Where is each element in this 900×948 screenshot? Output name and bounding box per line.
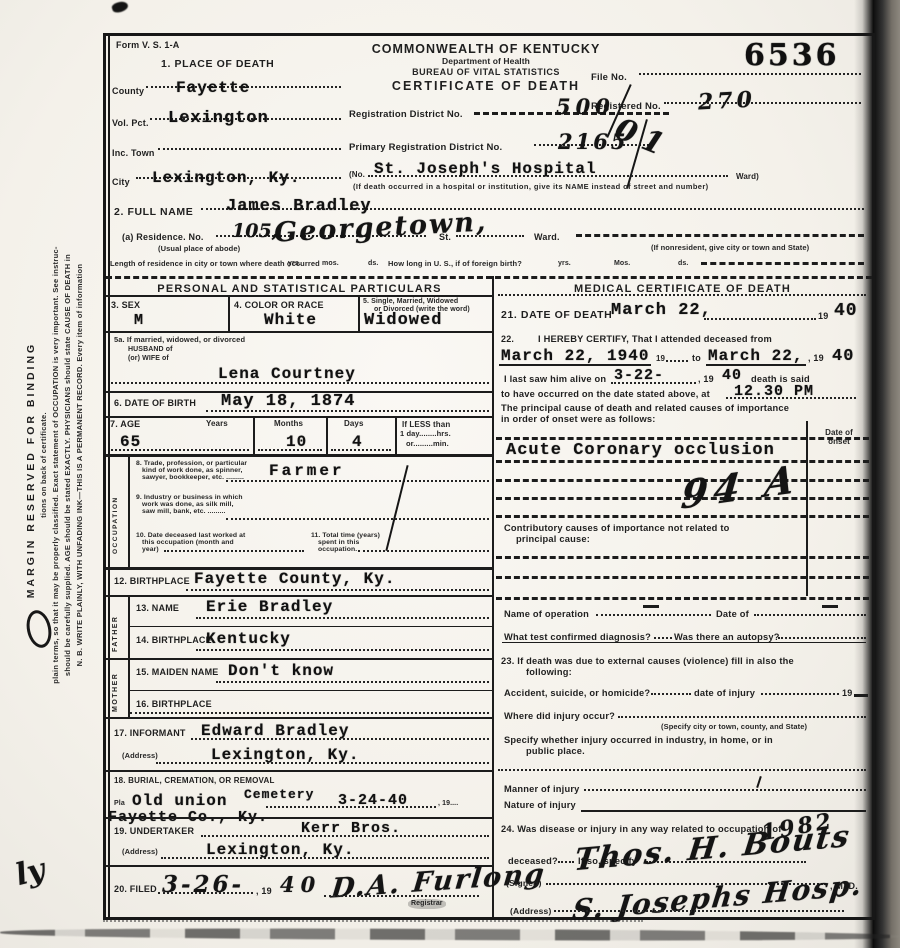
mos2-label: Mos. — [614, 260, 630, 268]
dashed-line — [496, 460, 869, 463]
where-injury-note: (Specify city or town, county, and State… — [661, 723, 807, 732]
department-line: Department of Health — [361, 57, 611, 67]
row-border — [106, 717, 493, 719]
spouse-label-1: 5a. If married, widowed, or divorced — [114, 336, 245, 345]
manner-of-injury-label: Manner of injury — [504, 784, 580, 795]
dotted-line — [611, 382, 696, 384]
burial-place-value-1: Old union — [132, 793, 227, 809]
dotted-line — [206, 410, 489, 412]
birthplace-label: 12. BIRTHPLACE — [114, 576, 190, 586]
dotted-line — [258, 449, 322, 451]
dotted-line — [111, 449, 249, 451]
no-prefix-label: (No. — [349, 170, 365, 179]
strip-border — [128, 597, 130, 659]
underline — [706, 364, 806, 366]
dashed-line — [496, 597, 869, 600]
underline — [502, 642, 866, 643]
dotted-line — [216, 681, 489, 683]
dotted-line — [554, 910, 844, 912]
vol-pct-value: Lexington — [168, 110, 269, 127]
burial-19-label: , 19.... — [438, 800, 458, 808]
physician-address-value: S. Josephs Hosp. — [571, 871, 865, 925]
dashed-line — [496, 576, 869, 579]
ward-suffix-label: Ward) — [736, 172, 759, 181]
if-less-label-1: If LESS than — [402, 420, 450, 429]
burial-place-value-2: Cemetery — [244, 788, 314, 801]
age-years-value: 65 — [120, 434, 141, 450]
specify-label-1: Specify whether injury occurred in indus… — [504, 735, 773, 746]
county-value: Fayette — [176, 80, 250, 96]
form-code: Form V. S. 1-A — [116, 40, 179, 50]
specify-label-2: public place. — [526, 746, 585, 757]
operation-label: Name of operation — [504, 609, 589, 620]
date-of-death-value: March 22, — [611, 302, 712, 319]
scan-stray-dashed-line — [103, 920, 643, 922]
informant-value: Edward Bradley — [201, 723, 349, 739]
last-saw-label: I last saw him alive on — [504, 374, 606, 385]
dotted-line — [754, 614, 866, 616]
mother-maiden-name-value: Don't know — [228, 663, 334, 679]
scan-top-corner-mark — [111, 0, 129, 14]
vol-pct-label: Vol. Pct. — [112, 118, 149, 128]
cell-border — [228, 295, 230, 331]
certify-text: I HEREBY CERTIFY, That I attended deceas… — [538, 334, 772, 345]
if-less-label-3: or.........min. — [406, 440, 449, 449]
serial-stamp: 6536 — [744, 38, 840, 73]
onset-header-1: Date of — [808, 428, 870, 437]
accident-label: Accident, suicide, or homicide? — [504, 688, 650, 699]
q23-label-1: 23. If death was due to external causes … — [501, 656, 794, 667]
dotted-line — [666, 360, 688, 362]
bureau-line: BUREAU OF VITAL STATISTICS — [361, 67, 611, 77]
row-border — [106, 770, 493, 772]
county-label: County — [112, 86, 144, 96]
row-border — [106, 658, 493, 660]
dotted-line — [498, 294, 866, 296]
spouse-label-3: (or) WIFE of — [128, 355, 169, 363]
occ11-label-3: occupation. — [318, 546, 357, 554]
margin-note-line-3: plain terms, so that it may be properly … — [50, 70, 62, 860]
row-border — [130, 626, 493, 627]
abode-note: (Usual place of abode) — [158, 245, 240, 254]
undertaker-value: Kerr Bros. — [301, 821, 401, 836]
occurred-label: to have occurred on the date stated abov… — [501, 389, 710, 400]
onset-column-border — [806, 421, 808, 596]
occupation-value: Farmer — [269, 463, 345, 479]
undertaker-label: 19. UNDERTAKER — [114, 826, 194, 836]
birthplace-value: Fayette County, Ky. — [194, 571, 395, 587]
dotted-line — [358, 550, 489, 552]
nature-of-injury-label: Nature of injury — [504, 800, 576, 811]
corner-scribble: ly — [13, 855, 48, 891]
contributory-label-1: Contributory causes of importance not re… — [504, 523, 730, 534]
father-name-label: 13. NAME — [136, 603, 179, 613]
last-saw-date-value: 3-22- — [614, 368, 664, 383]
filed-year-value: 40 — [280, 874, 321, 895]
dotted-line — [704, 318, 816, 320]
dotted-line — [664, 102, 861, 104]
row-border — [106, 416, 493, 418]
dashed-line — [496, 437, 869, 440]
city-label: City — [112, 177, 130, 187]
certificate-title: CERTIFICATE OF DEATH — [361, 79, 611, 93]
burial-label: 18. BURIAL, CREMATION, OR REMOVAL — [114, 776, 275, 785]
registration-district-label: Registration District No. — [349, 110, 463, 121]
age-months-value: 10 — [286, 434, 307, 450]
place-of-death-heading: 1. PLACE OF DEATH — [161, 58, 274, 70]
signature-address-label: (Address) — [510, 907, 551, 917]
dotted-line — [331, 449, 391, 451]
dob-label: 6. DATE OF BIRTH — [114, 398, 196, 408]
scanned-death-certificate: tions on back of certificate. plain term… — [0, 0, 900, 948]
last-saw-19-label: , 19 — [698, 374, 714, 384]
informant-address-value: Lexington, Ky. — [211, 747, 359, 763]
handwritten-slash-mark — [385, 465, 408, 551]
occ10-label-3: year) — [142, 546, 159, 554]
dotted-line — [639, 73, 861, 75]
yrs-label: yrs. — [288, 260, 301, 268]
dotted-line — [654, 637, 672, 639]
ink-dash-mark — [643, 605, 659, 608]
margin-note-block: tions on back of certificate. plain term… — [38, 70, 86, 860]
scan-bottom-smudge — [0, 927, 900, 942]
cause-of-death-value: Acute Coronary occlusion — [506, 442, 775, 459]
filed-label: 20. FILED — [114, 884, 157, 894]
undertaker-address-label: (Address) — [122, 848, 158, 857]
registration-district-value: 500 — [556, 96, 615, 117]
strip-border — [128, 660, 130, 718]
yrs2-label: yrs. — [558, 260, 571, 268]
underline — [499, 364, 651, 366]
row-border — [106, 817, 493, 819]
father-birthplace-value: Kentucky — [206, 631, 291, 647]
cell-border — [395, 416, 397, 454]
if-less-label-2: 1 day........hrs. — [400, 430, 451, 439]
nonresident-note: (If nonresident, give city or town and S… — [651, 244, 809, 253]
institution-note: (If death occurred in a hospital or inst… — [353, 183, 709, 192]
cell-border — [326, 416, 328, 454]
ink-dash-mark — [854, 694, 868, 697]
sex-value: M — [134, 313, 144, 328]
spouse-label-2: HUSBAND of — [128, 346, 173, 354]
certificate-form: Form V. S. 1-A 1. PLACE OF DEATH County … — [103, 33, 875, 920]
informant-label: 17. INFORMANT — [114, 728, 186, 738]
full-name-label: 2. FULL NAME — [114, 206, 193, 218]
inc-town-label: Inc. Town — [112, 148, 155, 158]
age-days-value: 4 — [352, 434, 363, 450]
occupation-vertical-label: OCCUPATION — [112, 474, 119, 554]
row-border — [130, 690, 493, 691]
city-value: Lexington, Ky. — [152, 170, 300, 186]
personal-section-title: PERSONAL AND STATISTICAL PARTICULARS — [106, 283, 493, 296]
mother-maiden-name-label: 15. MAIDEN NAME — [136, 667, 219, 677]
strip-border — [128, 457, 130, 568]
marital-value: Widowed — [364, 312, 442, 329]
dashed-line — [576, 234, 864, 237]
marital-label-1: 5. Single, Married, Widowed — [363, 298, 458, 306]
dotted-line — [201, 835, 489, 837]
commonwealth-title: COMMONWEALTH OF KENTUCKY — [361, 42, 611, 56]
cause-code-scribble: 94 A — [680, 459, 803, 515]
ds-label: ds. — [368, 260, 378, 268]
injury-19-label: 19 — [842, 688, 852, 698]
row-border-heavy — [106, 454, 493, 457]
margin-note-line-1: N. B. WRITE PLAINLY, WITH UNFADING INK—T… — [74, 70, 86, 860]
residence-number-value: 105, — [232, 222, 278, 241]
dotted-line — [196, 649, 489, 651]
dod-year-value: 40 — [834, 302, 858, 320]
cell-border — [253, 416, 255, 454]
spouse-value: Lena Courtney — [218, 366, 356, 382]
dotted-line — [651, 693, 691, 695]
mother-birthplace-label: 16. BIRTHPLACE — [136, 699, 212, 709]
injury-date-label: date of injury — [694, 688, 755, 699]
dotted-line — [726, 397, 856, 399]
dashed-line — [496, 556, 869, 559]
dashed-line — [701, 262, 864, 265]
undertaker-address-value: Lexington, Ky. — [206, 842, 354, 858]
to-19-label: , 19 — [808, 353, 824, 363]
years-header: Years — [206, 419, 228, 428]
occ9-label-3: saw mill, bank, etc. ......... — [142, 508, 225, 516]
registrar-label: Registrar — [408, 899, 446, 909]
primary-district-label: Primary Registration District No. — [349, 143, 502, 154]
last-saw-year-value: 40 — [722, 368, 742, 383]
operation-date-label: Date of — [716, 609, 749, 620]
signed-label: (Signed) — [506, 879, 542, 889]
informant-address-label: (Address) — [122, 752, 158, 761]
attended-from-value: March 22, 1940 — [501, 348, 649, 364]
principal-cause-label-2: in order of onset were as follows: — [501, 414, 656, 425]
dotted-line — [186, 589, 489, 591]
from-19-label: 19 — [656, 354, 665, 363]
file-no-label: File No. — [591, 73, 627, 84]
dotted-line — [498, 769, 866, 771]
dotted-line — [164, 550, 304, 552]
registered-no-value: 270 — [697, 88, 756, 113]
dotted-line — [596, 614, 711, 616]
dotted-line — [226, 518, 489, 520]
row-border — [106, 295, 493, 297]
ds2-label: ds. — [678, 260, 688, 268]
q24-deceased-label: deceased? — [508, 856, 558, 867]
dotted-line — [778, 637, 866, 639]
race-value: White — [264, 312, 317, 328]
row-border — [106, 595, 493, 597]
principal-cause-label-1: The principal cause of death and related… — [501, 403, 789, 414]
dotted-line — [456, 235, 524, 237]
filed-19-label: , 19 — [256, 886, 272, 896]
ink-dash-mark — [822, 605, 838, 608]
dotted-line — [130, 712, 489, 714]
dotted-line — [324, 895, 479, 897]
section-separator — [106, 276, 872, 279]
dotted-line — [618, 716, 866, 718]
sex-label: 3. SEX — [111, 300, 140, 310]
dotted-line — [191, 738, 489, 740]
dotted-line — [111, 382, 489, 384]
date-of-death-label: 21. DATE OF DEATH — [501, 309, 612, 321]
dotted-line — [584, 789, 866, 791]
contributory-label-2: principal cause: — [516, 534, 590, 545]
race-label: 4. COLOR OR RACE — [234, 300, 324, 310]
institution-value: St. Joseph's Hospital — [374, 161, 597, 177]
cell-border — [358, 295, 360, 331]
dotted-line — [161, 857, 489, 859]
certify-number: 22. — [501, 334, 514, 344]
st-label: St. — [439, 232, 451, 242]
row-border — [106, 331, 493, 333]
where-injury-label: Where did injury occur? — [504, 711, 615, 722]
mos-label: mos. — [322, 260, 339, 268]
dotted-line — [156, 762, 489, 764]
residence-label: (a) Residence. No. — [122, 232, 204, 242]
dotted-line — [158, 148, 341, 150]
handwritten-tick-mark — [756, 776, 762, 788]
dotted-line — [158, 892, 253, 894]
ward-label: Ward. — [534, 232, 560, 242]
district-scribble: 01 — [610, 114, 675, 163]
father-vertical-label: FATHER — [112, 606, 119, 652]
dotted-line — [226, 480, 489, 482]
burial-place-label: Pla — [114, 800, 125, 808]
dotted-line — [196, 617, 489, 619]
q23-label-2: following: — [526, 667, 572, 678]
attended-to-value: March 22, — [708, 348, 803, 364]
margin-note-line-2: should be carefully supplied. AGE should… — [62, 70, 74, 860]
binding-double-rule — [108, 36, 110, 917]
dob-value: May 18, 1874 — [221, 393, 355, 410]
full-name-value: James Bradley — [226, 198, 372, 215]
mother-vertical-label: MOTHER — [112, 666, 119, 712]
age-label: 7. AGE — [110, 419, 140, 429]
to-year-value: 40 — [832, 348, 854, 365]
dotted-line — [266, 806, 436, 808]
foreign-birth-label: How long in U. S., if of foreign birth? — [388, 260, 522, 269]
to-word-label: to — [692, 353, 701, 363]
months-header: Months — [274, 419, 303, 428]
dotted-line — [558, 861, 574, 863]
dotted-line — [761, 693, 839, 695]
margin-note-line-4: tions on back of certificate. — [38, 70, 50, 860]
dod-19-label: 19 — [818, 311, 828, 321]
father-name-value: Erie Bradley — [206, 599, 333, 615]
father-birthplace-label: 14. BIRTHPLACE — [136, 635, 212, 645]
days-header: Days — [344, 419, 364, 428]
